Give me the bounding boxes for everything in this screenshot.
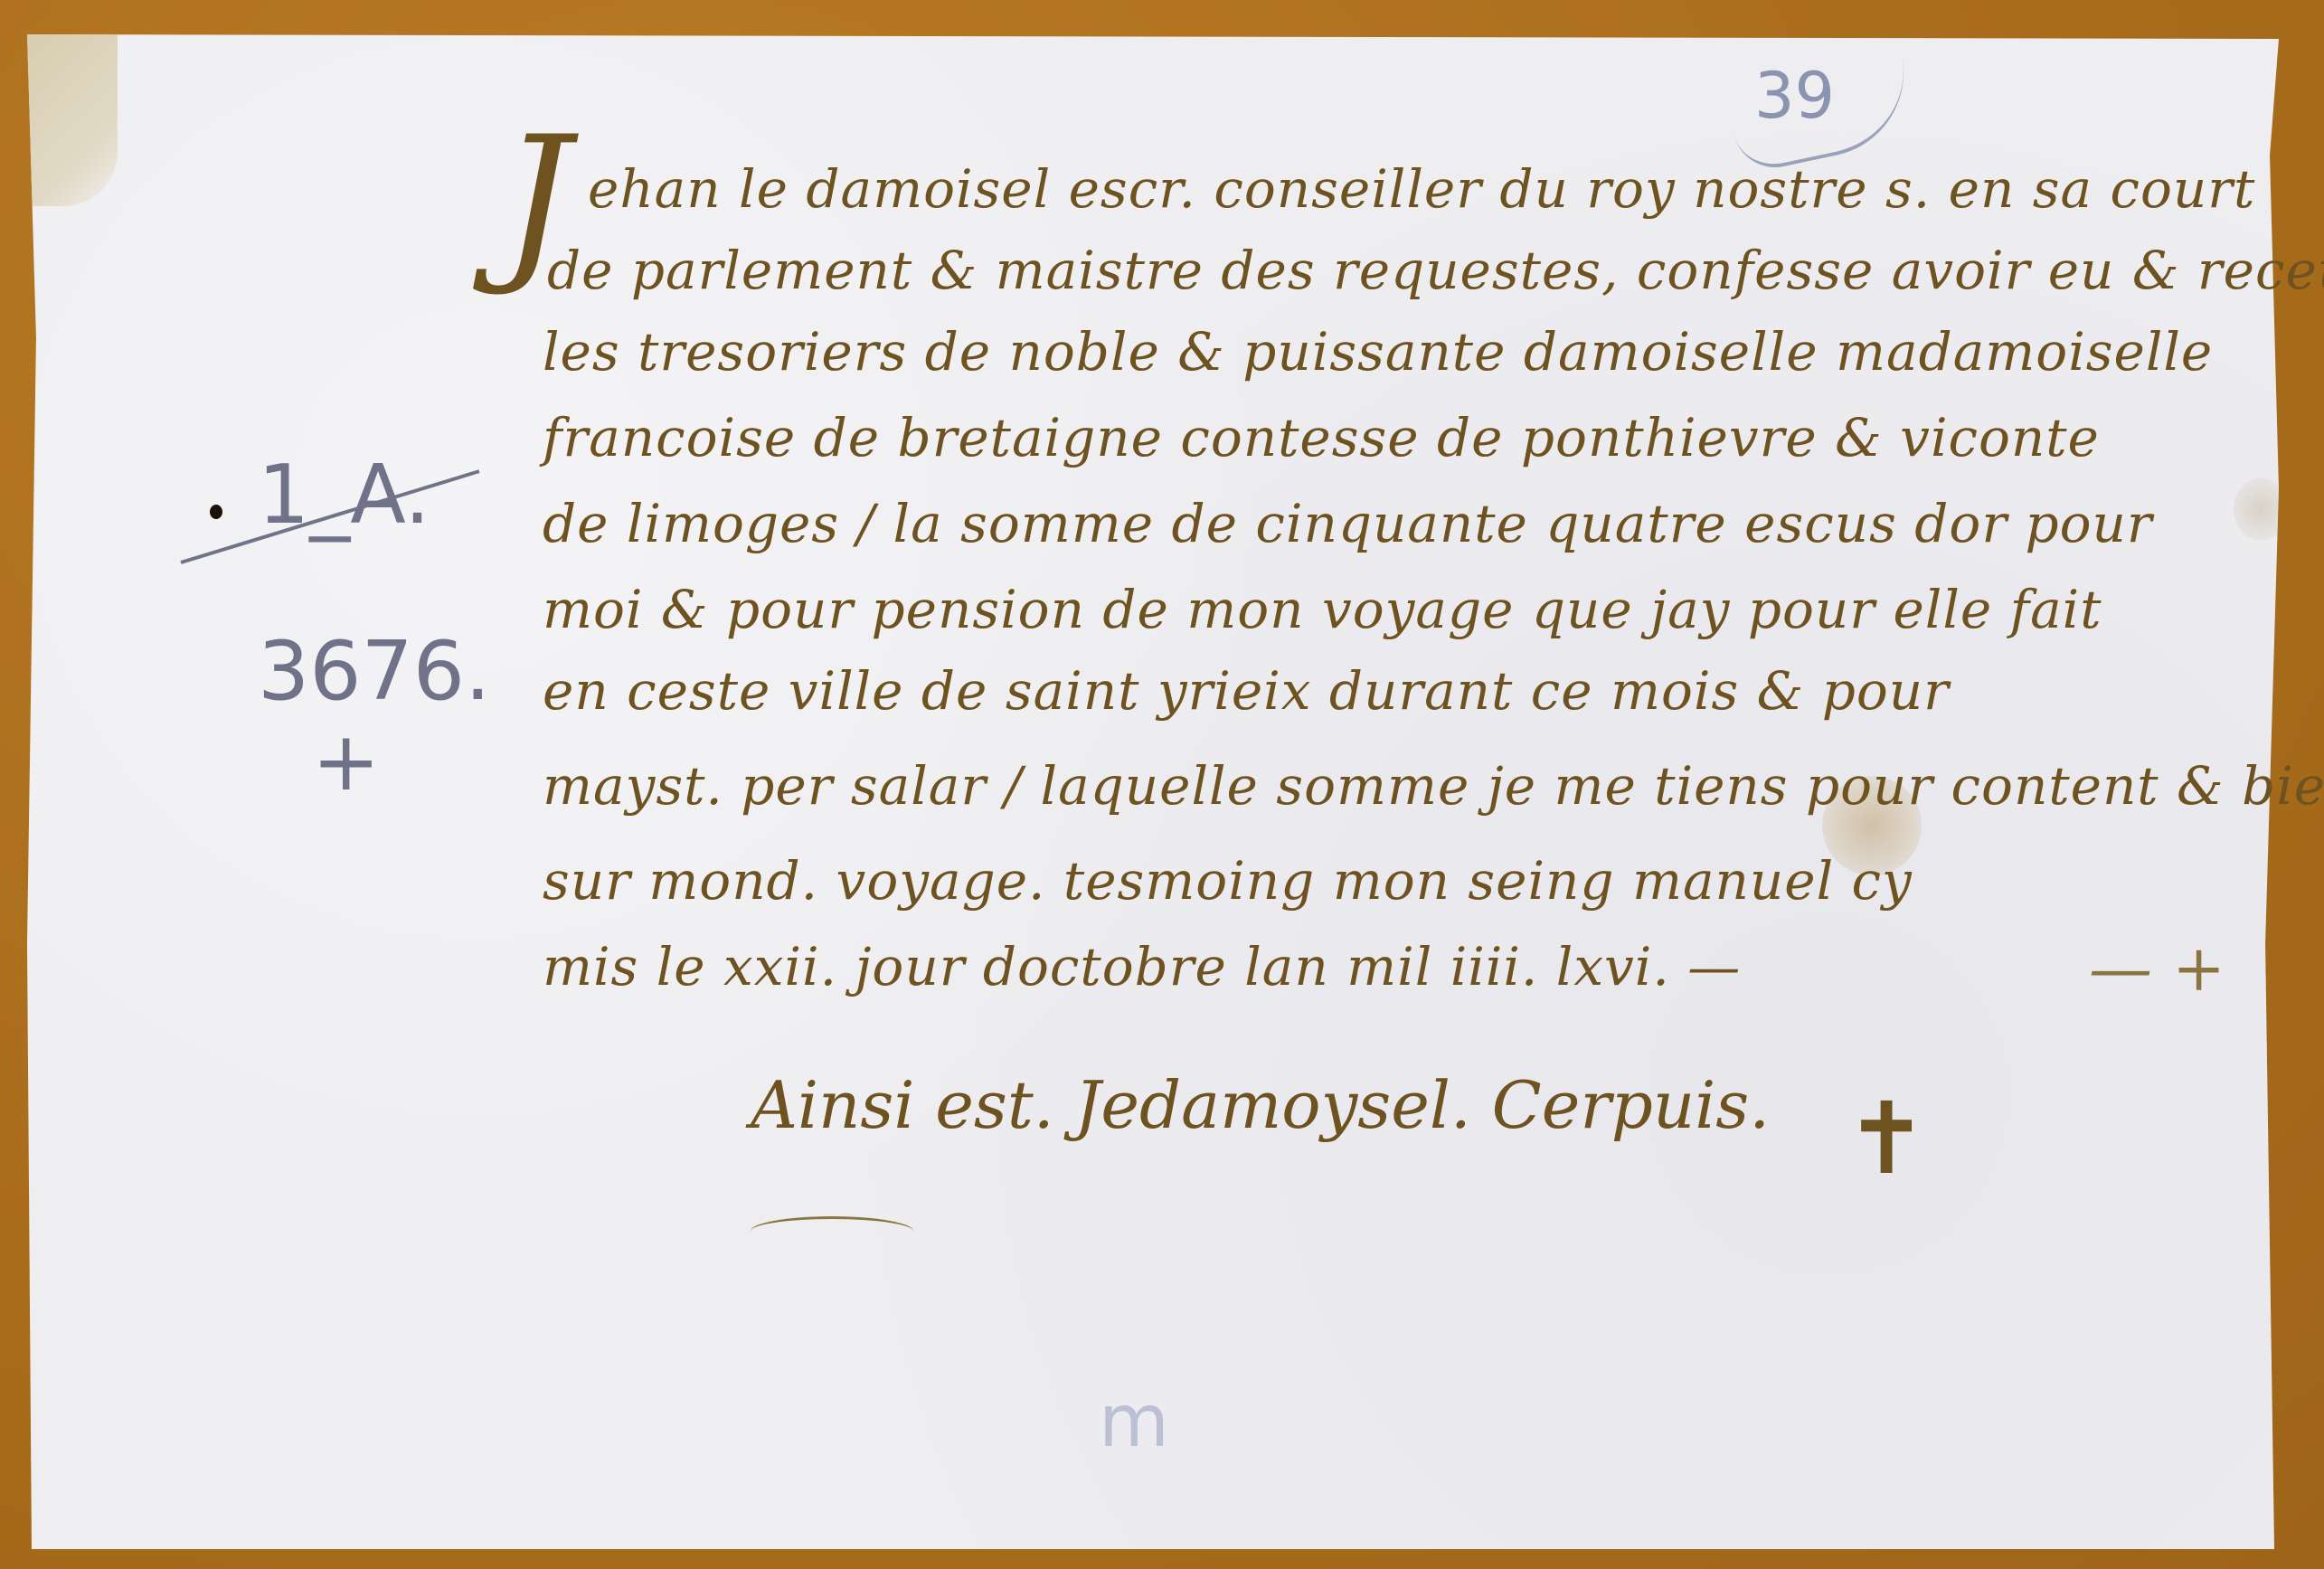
text-line-3: les tresoriers de noble & puissante damo… bbox=[543, 321, 2213, 383]
text-line-2: de parlement & maistre des requestes, co… bbox=[547, 240, 2324, 301]
paper-hole bbox=[210, 505, 222, 519]
corner-stain bbox=[27, 34, 118, 206]
line-end-mark: — + bbox=[2089, 931, 2225, 1006]
signature-cross-icon: ✝ bbox=[1845, 1081, 1928, 1196]
faint-pencil-mark: m bbox=[1099, 1379, 1169, 1463]
shelfmark-cross: + bbox=[312, 714, 380, 809]
text-line-10: mis le xxii. jour doctobre lan mil iiii.… bbox=[543, 936, 1741, 997]
signature-flourish bbox=[751, 1216, 913, 1246]
text-line-5: de limoges / la somme de cinquante quatr… bbox=[543, 493, 2153, 554]
text-line-4: francoise de bretaigne contesse de ponth… bbox=[543, 407, 2100, 468]
text-line-1: ehan le damoisel escr. conseiller du roy… bbox=[588, 158, 2255, 220]
signature: Ainsi est. Jedamoysel. Cerpuis. bbox=[751, 1067, 1770, 1143]
text-line-8: mayst. per salar / laquelle somme je me … bbox=[543, 755, 2324, 817]
text-line-6: moi & pour pension de mon voyage que jay… bbox=[543, 579, 2102, 640]
shelfmark-bottom: 3676. bbox=[258, 624, 491, 719]
edge-stain bbox=[2234, 477, 2288, 541]
text-line-9: sur mond. voyage. tesmoing mon seing man… bbox=[543, 850, 1913, 912]
text-line-7: en ceste ville de saint yrieix durant ce… bbox=[543, 660, 1950, 722]
